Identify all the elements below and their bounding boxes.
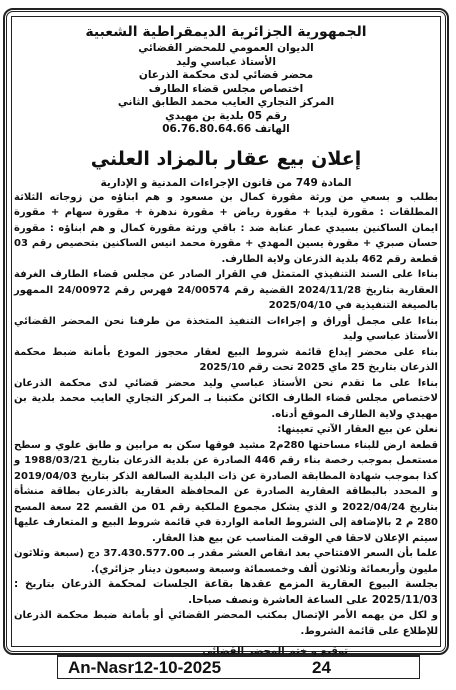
page-number: 24	[312, 658, 331, 678]
paragraph-petitioners: بطلب و بسعي من ورثة مقورة كمال بن مسعود …	[14, 190, 438, 268]
paragraph-contact: و لكل من يهمه الأمر الإتصال بمكتب المحضر…	[14, 608, 438, 639]
paragraph-procedures: بناءا على مجمل أوراق و إجراءات التنفيذ ا…	[14, 314, 438, 345]
paragraph-announcement: نعلن عن بيع العقار الآتي تعيينها:	[14, 422, 438, 438]
phone-number: الهاتف 06.76.80.64.66	[14, 123, 438, 137]
paragraph-auction-session: بجلسة البيوع العقارية المزمع عقدها بقاعة…	[14, 577, 438, 608]
paragraph-enforcement-title: بناءا على السند التنفيذي المتمثل في القر…	[14, 267, 438, 314]
jurisdiction: اختصاص مجلس قضاء الطارف	[14, 83, 438, 97]
republic-heading: الجمهورية الجزائرية الديمقراطية الشعبية	[14, 24, 438, 40]
notice-content: الجمهورية الجزائرية الديمقراطية الشعبية …	[14, 24, 438, 659]
address-line-1: المركز التجاري العايب محمد الطابق الثاني	[14, 96, 438, 110]
paragraph-property-description: قطعة ارض للبناء مساحتها 280م2 مشيد فوقها…	[14, 438, 438, 547]
paragraph-opening-price: علما بأن السعر الافتتاحي بعد انقاص العشر…	[14, 546, 438, 577]
legal-article: المادة 749 من قانون الإجراءات المدنية و …	[14, 176, 438, 190]
bailiff-court: محضر قضائي لدى محكمة الذرعان	[14, 69, 438, 83]
newspaper-date: An-Nasr12-10-2025	[68, 658, 221, 678]
paragraph-conditions-deposit: بناء على محضر إيداع قائمة شروط البيع لعق…	[14, 345, 438, 376]
address-line-2: رقم 05 بلدية بن مهيدي	[14, 110, 438, 124]
publication-footer: An-Nasr12-10-2025 24	[57, 655, 420, 679]
paragraph-bailiff-statement: بناءا على ما تقدم نحن الأستاذ عباسي وليد…	[14, 376, 438, 423]
office-heading: الديوان العمومي للمحضر القضائي	[14, 42, 438, 56]
notice-title: إعلان بيع عقار بالمزاد العلني	[14, 147, 438, 171]
bailiff-name: الأستاذ عباسي وليد	[14, 56, 438, 70]
